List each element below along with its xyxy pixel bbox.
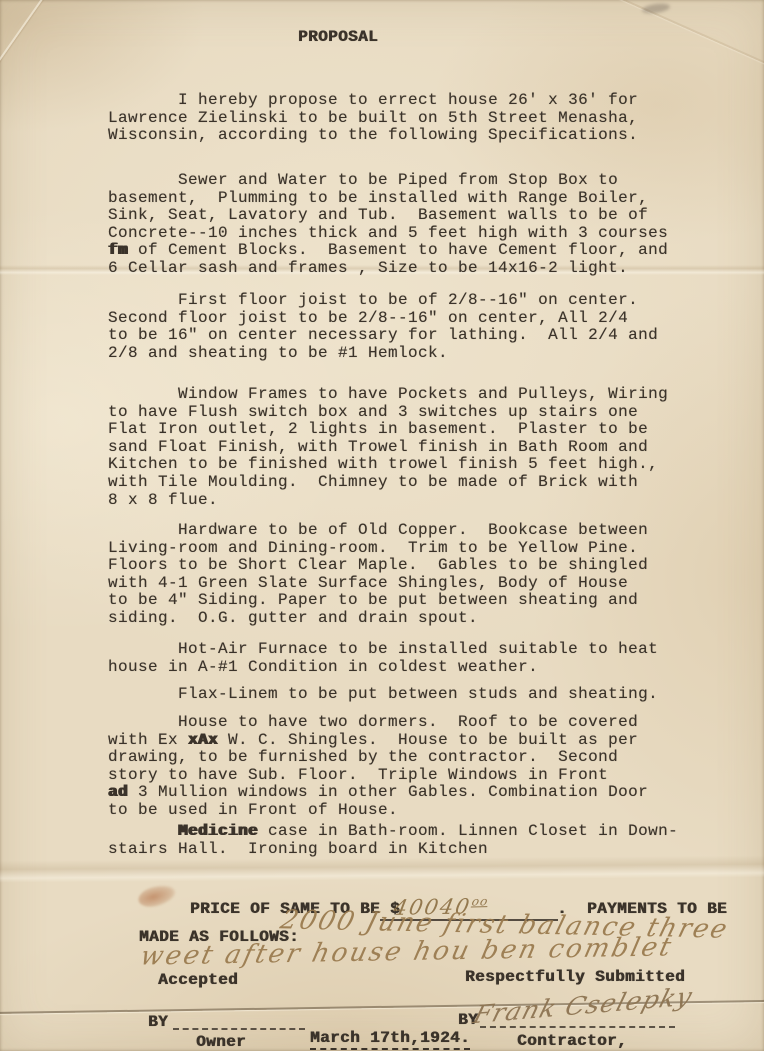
respectfully-submitted-label: Respectfully Submitted xyxy=(465,969,685,987)
document-date: March 17th,1924. xyxy=(310,1030,470,1048)
contractor-signature-line xyxy=(480,1026,675,1028)
pencil-smudge xyxy=(642,2,671,15)
paragraph-insulation: Flax-Linem to be put between studs and s… xyxy=(108,686,708,704)
paragraph-plumbing-basement: Sewer and Water to be Piped from Stop Bo… xyxy=(108,172,708,278)
amount-cents: oo xyxy=(471,894,490,908)
owner-label: Owner xyxy=(196,1034,246,1051)
document-title: PROPOSAL xyxy=(0,29,676,47)
contractor-label: Contractor, xyxy=(517,1033,627,1051)
fold-crease-middle xyxy=(0,855,764,882)
by-owner-label: BY xyxy=(148,1014,168,1032)
paragraph-roof-dormers: House to have two dormers. Roof to be co… xyxy=(108,714,708,820)
date-text: March 17th,1924. xyxy=(310,1029,470,1050)
ink-stain xyxy=(136,881,178,910)
paragraph-medicine-case: Medicine case in Bath-room. Linnen Close… xyxy=(108,823,708,858)
contractor-signature: Frank Cselepky xyxy=(470,982,696,1029)
paragraph-windows-plaster-chimney: Window Frames to have Pockets and Pulley… xyxy=(108,386,708,509)
paragraph-floor-joists: First floor joist to be of 2/8--16" on c… xyxy=(108,292,708,362)
owner-signature-line xyxy=(173,1028,305,1030)
paragraph-furnace: Hot-Air Furnace to be installed suitable… xyxy=(108,641,708,676)
accepted-label: Accepted xyxy=(158,972,238,990)
proposal-document: PROPOSAL I hereby propose to errect hous… xyxy=(0,0,764,1051)
paragraph-intro: I hereby propose to errect house 26' x 3… xyxy=(108,92,708,145)
paragraph-hardware-finishes: Hardware to be of Old Copper. Bookcase b… xyxy=(108,522,708,628)
